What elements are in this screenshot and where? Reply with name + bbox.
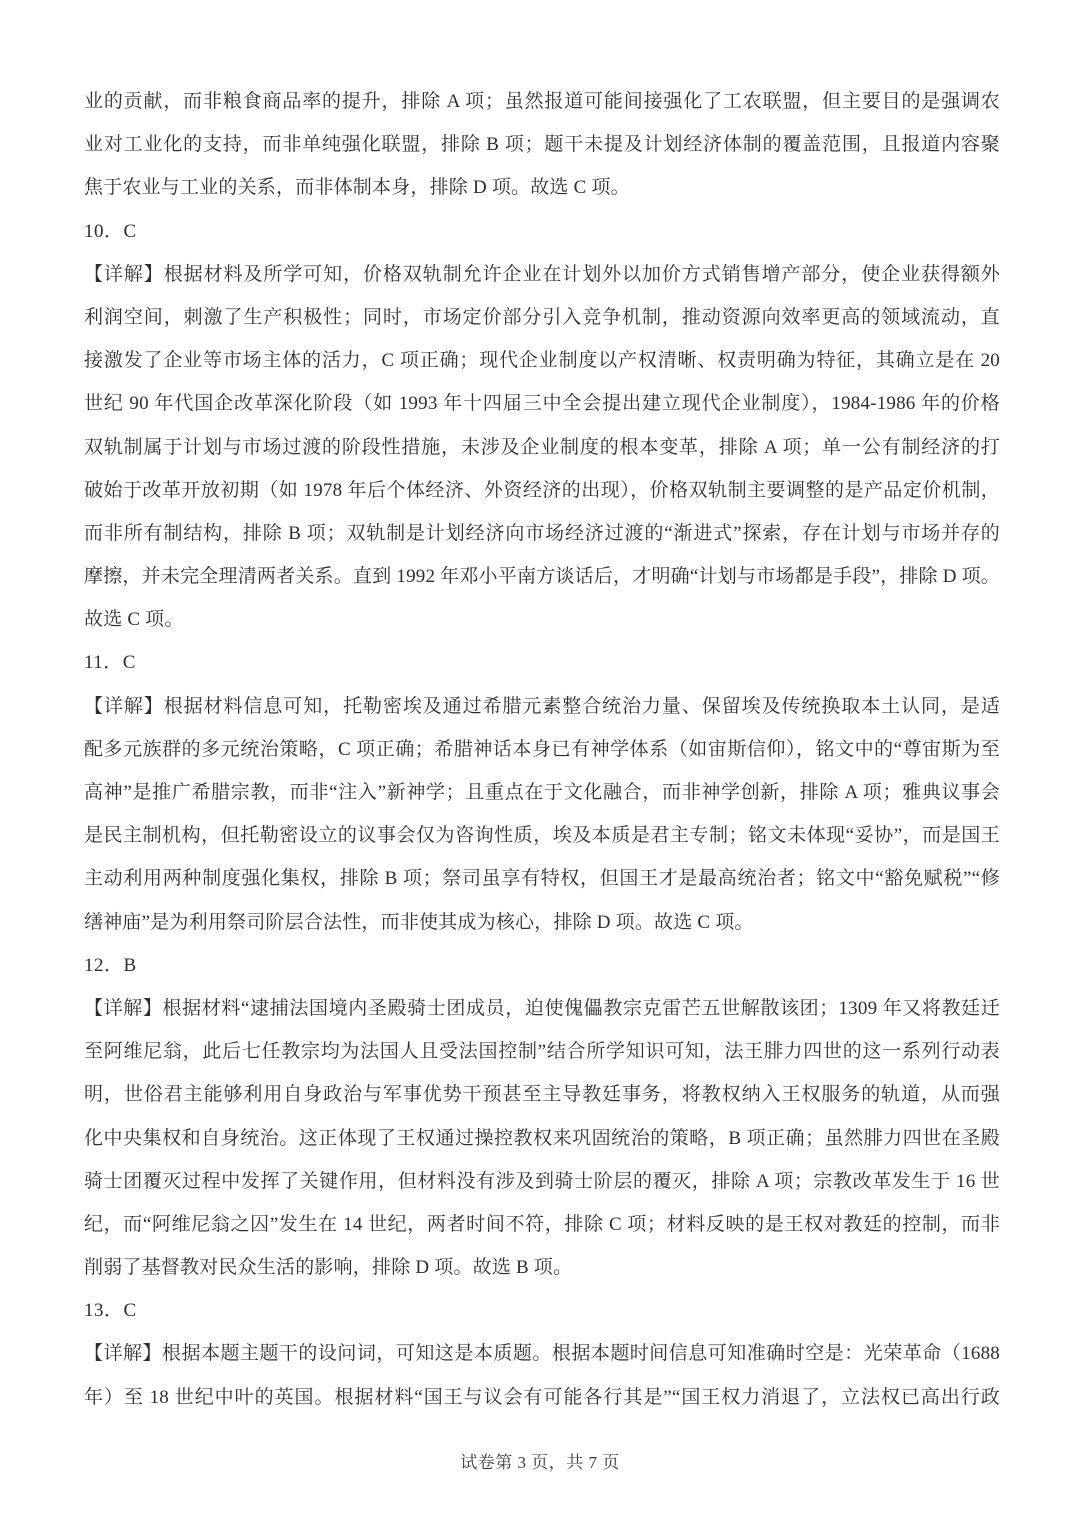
answer-number-line: 11．C [84, 641, 1000, 684]
explanation-line: 破始于改革开放初期（如 1978 年后个体经济、外资经济的出现），价格双轨制主要… [84, 469, 1000, 512]
answer-number-line: 13．C [84, 1289, 1000, 1332]
explanation-line: 【详解】根据材料信息可知，托勒密埃及通过希腊元素整合统治力量、保留埃及传统换取本… [84, 685, 1000, 728]
explanation-line: 配多元族群的多元统治策略，C 项正确；希腊神话本身已有神学体系（如宙斯信仰），铭… [84, 728, 1000, 771]
answer-number-line: 12．B [84, 944, 1000, 987]
explanation-line: 摩擦，并未完全理清两者关系。直到 1992 年邓小平南方谈话后，才明确“计划与市… [84, 555, 1000, 598]
explanation-line: 世纪 90 年代国企改革深化阶段（如 1993 年十四届三中全会提出建立现代企业… [84, 382, 1000, 425]
page-number-text: 试卷第 3 页，共 7 页 [460, 1453, 620, 1472]
explanation-line: 至阿维尼翁，此后七任教宗均为法国人且受法国控制”结合所学知识可知，法王腓力四世的… [84, 1030, 1000, 1073]
explanation-line: 化中央集权和自身统治。这正体现了王权通过操控教权来巩固统治的策略，B 项正确；虽… [84, 1117, 1000, 1160]
explanation-line: 故选 C 项。 [84, 598, 1000, 641]
exam-answer-page: 业的贡献，而非粮食商品率的提升，排除 A 项；虽然报道可能间接强化了工农联盟，但… [0, 0, 1080, 1527]
explanation-line: 利润空间，刺激了生产积极性；同时，市场定价部分引入竞争机制，推动资源向效率更高的… [84, 296, 1000, 339]
explanation-line: 而非所有制结构，排除 B 项；双轨制是计划经济向市场经济过渡的“渐进式”探索，存… [84, 512, 1000, 555]
explanation-line: 业对工业化的支持，而非单纯强化联盟，排除 B 项；题干未提及计划经济体制的覆盖范… [84, 123, 1000, 166]
explanation-line: 年）至 18 世纪中叶的英国。根据材料“国王与议会有可能各行其是”“国王权力消退… [84, 1376, 1000, 1419]
explanation-line: 焦于农业与工业的关系，而非体制本身，排除 D 项。故选 C 项。 [84, 166, 1000, 209]
explanation-line: 骑士团覆灭过程中发挥了关键作用，但材料没有涉及到骑士阶层的覆灭，排除 A 项；宗… [84, 1160, 1000, 1203]
explanation-line: 接激发了企业等市场主体的活力，C 项正确；现代企业制度以产权清晰、权责明确为特征… [84, 339, 1000, 382]
explanation-line: 缮神庙”是为利用祭司阶层合法性，而非使其成为核心，排除 D 项。故选 C 项。 [84, 901, 1000, 944]
explanation-line: 明，世俗君主能够利用自身政治与军事优势干预甚至主导教廷事务，将教权纳入王权服务的… [84, 1073, 1000, 1116]
explanation-line: 双轨制属于计划与市场过渡的阶段性措施，未涉及企业制度的根本变革，排除 A 项；单… [84, 426, 1000, 469]
explanation-line: 是民主制机构，但托勒密设立的议事会仅为咨询性质，埃及本质是君主专制；铭文未体现“… [84, 814, 1000, 857]
explanation-line: 【详解】根据材料及所学可知，价格双轨制允许企业在计划外以加价方式销售增产部分，使… [84, 253, 1000, 296]
explanation-line: 高神”是推广希腊宗教，而非“注入”新神学；且重点在于文化融合，而非神学创新，排除… [84, 771, 1000, 814]
explanation-line: 【详解】根据材料“逮捕法国境内圣殿骑士团成员，迫使傀儡教宗克雷芒五世解散该团；1… [84, 987, 1000, 1030]
answer-content: 业的贡献，而非粮食商品率的提升，排除 A 项；虽然报道可能间接强化了工农联盟，但… [84, 80, 1000, 1419]
explanation-line: 主动利用两种制度强化集权，排除 B 项；祭司虽享有特权，但国王才是最高统治者；铭… [84, 857, 1000, 900]
answer-number-line: 10．C [84, 210, 1000, 253]
explanation-line: 削弱了基督教对民众生活的影响，排除 D 项。故选 B 项。 [84, 1246, 1000, 1289]
explanation-line: 【详解】根据本题主题干的设问词，可知这是本质题。根据本题时间信息可知准确时空是：… [84, 1332, 1000, 1375]
explanation-line: 纪，而“阿维尼翁之囚”发生在 14 世纪，两者时间不符，排除 C 项；材料反映的… [84, 1203, 1000, 1246]
page-footer: 试卷第 3 页，共 7 页 [0, 1448, 1080, 1473]
explanation-line: 业的贡献，而非粮食商品率的提升，排除 A 项；虽然报道可能间接强化了工农联盟，但… [84, 80, 1000, 123]
